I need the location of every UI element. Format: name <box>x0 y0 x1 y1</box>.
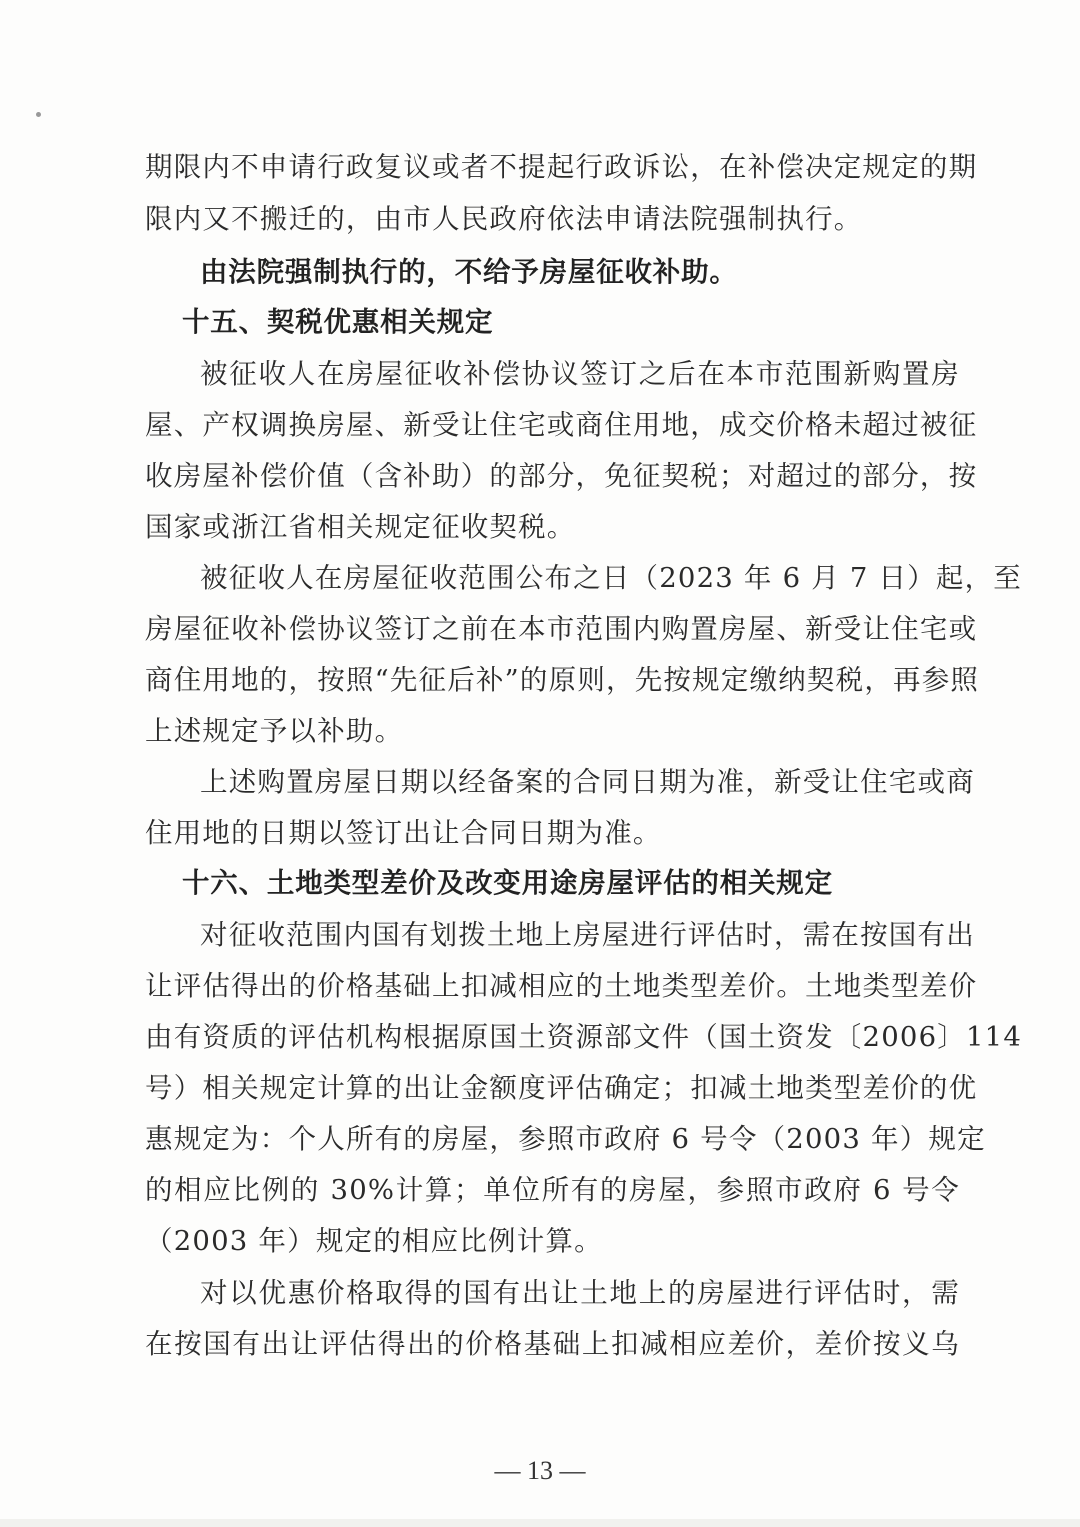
bold-paragraph: 由法院强制执行的，不给予房屋征收补助。 <box>200 255 738 289</box>
text-line: 收房屋补偿价值（含补助）的部分，免征契税；对超过的部分，按 <box>145 459 960 493</box>
text-line: 惠规定为：个人所有的房屋，参照市政府 6 号令（2003 年）规定 <box>145 1122 960 1156</box>
text-line: 被征收人在房屋征收范围公布之日（2023 年 6 月 7 日）起，至 <box>200 561 960 595</box>
text-line: 在按国有出让评估得出的价格基础上扣减相应差价，差价按义乌 <box>145 1327 960 1361</box>
text-line: 对以优惠价格取得的国有出让土地上的房屋进行评估时，需 <box>200 1276 960 1310</box>
text-line: 期限内不申请行政复议或者不提起行政诉讼，在补偿决定规定的期 <box>145 150 960 184</box>
page-number: — 13 — <box>0 1456 1080 1486</box>
text-line: 的相应比例的 30%计算；单位所有的房屋，参照市政府 6 号令 <box>145 1173 960 1207</box>
text-line: 由有资质的评估机构根据原国土资源部文件（国土资发〔2006〕114 <box>145 1020 960 1054</box>
text-line: 限内又不搬迁的，由市人民政府依法申请法院强制执行。 <box>145 202 960 236</box>
text-line: 对征收范围内国有划拨土地上房屋进行评估时，需在按国有出 <box>200 918 960 952</box>
text-line: 屋、产权调换房屋、新受让住宅或商住用地，成交价格未超过被征 <box>145 408 960 442</box>
scan-artifact <box>36 112 41 117</box>
text-line: 房屋征收补偿协议签订之前在本市范围内购置房屋、新受让住宅或 <box>145 612 960 646</box>
text-line: 国家或浙江省相关规定征收契税。 <box>145 510 960 544</box>
text-line: 住用地的日期以签订出让合同日期为准。 <box>145 816 960 850</box>
scan-bottom-edge <box>0 1519 1080 1527</box>
text-line: 让评估得出的价格基础上扣减相应的土地类型差价。土地类型差价 <box>145 969 960 1003</box>
text-line: 号）相关规定计算的出让金额度评估确定；扣减土地类型差价的优 <box>145 1071 960 1105</box>
text-line: 上述规定予以补助。 <box>145 714 960 748</box>
text-line: 被征收人在房屋征收补偿协议签订之后在本市范围新购置房 <box>200 357 960 391</box>
text-line: 商住用地的，按照“先征后补”的原则，先按规定缴纳契税，再参照 <box>145 663 960 697</box>
text-line: （2003 年）规定的相应比例计算。 <box>145 1224 960 1258</box>
document-page: 期限内不申请行政复议或者不提起行政诉讼，在补偿决定规定的期 限内又不搬迁的，由市… <box>0 0 1080 1527</box>
section-heading-16: 十六、土地类型差价及改变用途房屋评估的相关规定 <box>182 866 833 900</box>
text-line: 上述购置房屋日期以经备案的合同日期为准，新受让住宅或商 <box>200 765 960 799</box>
section-heading-15: 十五、契税优惠相关规定 <box>182 305 493 339</box>
